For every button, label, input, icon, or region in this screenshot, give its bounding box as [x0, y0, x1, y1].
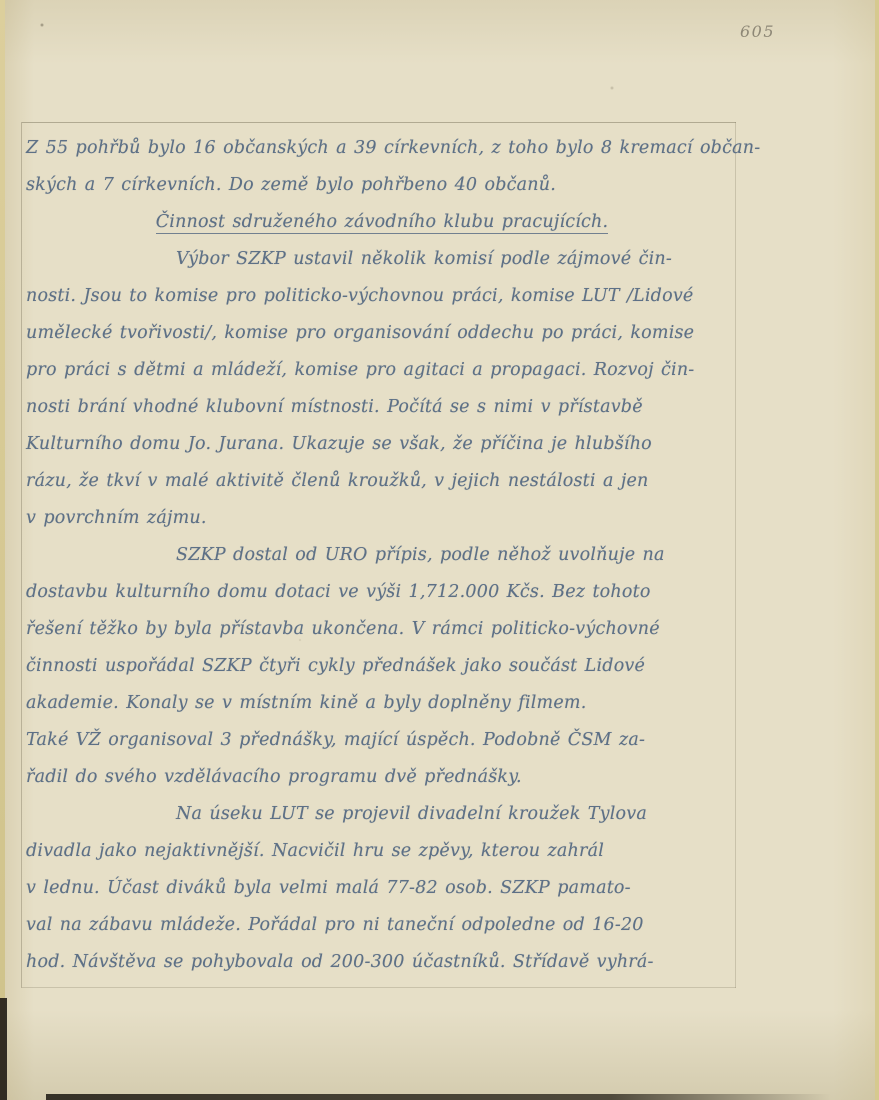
scan-edge-left-dark — [0, 998, 7, 1100]
handwritten-line: Kulturního domu Jo. Jurana. Ukazuje se v… — [26, 426, 738, 463]
handwritten-line: divadla jako nejaktivnější. Nacvičil hru… — [26, 833, 738, 870]
page-number: 605 — [740, 22, 775, 41]
handwritten-line: pro práci s dětmi a mládeží, komise pro … — [26, 352, 738, 389]
handwritten-line: Také VŽ organisoval 3 přednášky, mající … — [26, 722, 738, 759]
handwritten-text-block: Z 55 pohřbů bylo 16 občanských a 39 círk… — [26, 130, 738, 981]
margin-rule-bottom — [22, 987, 736, 988]
handwritten-line: nosti. Jsou to komise pro politicko-vých… — [26, 278, 738, 315]
handwritten-line: ských a 7 církevních. Do země bylo pohřb… — [26, 167, 738, 204]
scanned-chronicle-page: 605 Z 55 pohřbů bylo 16 občanských a 39 … — [0, 0, 879, 1100]
handwritten-line: Na úseku LUT se projevil divadelní krouž… — [26, 796, 738, 833]
handwritten-line: v povrchním zájmu. — [26, 500, 738, 537]
handwritten-line: Výbor SZKP ustavil několik komisí podle … — [26, 241, 738, 278]
handwritten-line: v lednu. Účast diváků byla velmi malá 77… — [26, 870, 738, 907]
handwritten-line: řešení těžko by byla přístavba ukončena.… — [26, 611, 738, 648]
scan-edge-bottom-dark — [46, 1094, 831, 1100]
handwritten-line: nosti brání vhodné klubovní místnosti. P… — [26, 389, 738, 426]
margin-rule-top — [22, 122, 736, 123]
scan-edge-right — [875, 0, 879, 1100]
handwritten-line: činnosti uspořádal SZKP čtyři cykly před… — [26, 648, 738, 685]
handwritten-line: hod. Návštěva se pohybovala od 200-300 ú… — [26, 944, 738, 981]
section-heading: Činnost sdruženého závodního klubu pracu… — [26, 204, 738, 241]
scan-edge-left — [0, 0, 5, 1100]
margin-rule-left — [21, 122, 22, 988]
handwritten-line: umělecké tvořivosti/, komise pro organis… — [26, 315, 738, 352]
handwritten-line: SZKP dostal od URO přípis, podle něhož u… — [26, 537, 738, 574]
handwritten-line: val na zábavu mládeže. Pořádal pro ni ta… — [26, 907, 738, 944]
handwritten-line: Z 55 pohřbů bylo 16 občanských a 39 círk… — [26, 130, 738, 167]
handwritten-line: akademie. Konaly se v místním kině a byl… — [26, 685, 738, 722]
handwritten-line: rázu, že tkví v malé aktivitě členů krou… — [26, 463, 738, 500]
handwritten-line: řadil do svého vzdělávacího programu dvě… — [26, 759, 738, 796]
handwritten-line: dostavbu kulturního domu dotaci ve výši … — [26, 574, 738, 611]
